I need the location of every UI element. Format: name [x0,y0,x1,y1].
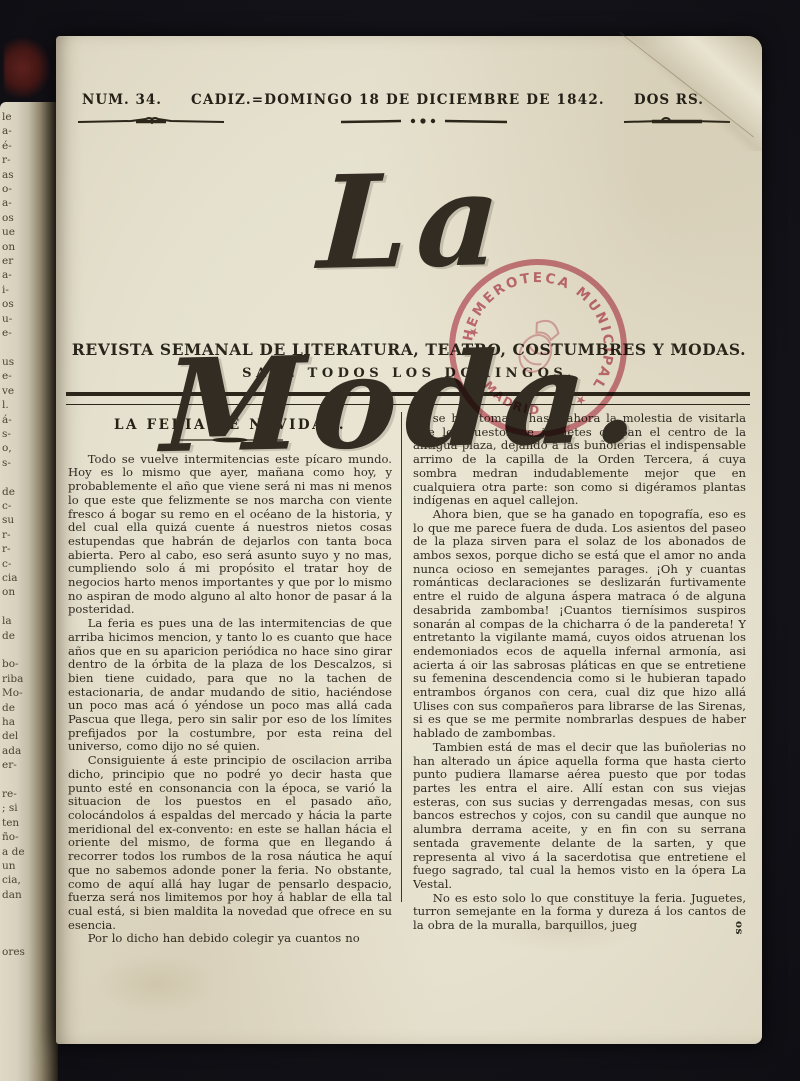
gutter-fragment: de [2,629,26,643]
gutter-fragment [2,341,26,355]
stamp-star-icon: ★ [573,391,589,408]
gutter-fragment: er- [2,758,26,772]
right-column: se han tomado hasta ahora la molestia de… [402,412,746,946]
gutter-fragment: er [2,254,26,268]
gutter-fragment: os [2,211,26,225]
gutter-fragment: e- [2,326,26,340]
article-paragraph: Ahora bien, que se ha ganado en topograf… [413,508,746,741]
gutter-fragment: su [2,513,26,527]
gutter-fragment: un [2,859,26,873]
gutter-fragment: o, [2,441,26,455]
gutter-fragment: on [2,240,26,254]
gutter-fragment: r- [2,528,26,542]
gutter-fragment: é- [2,139,26,153]
article-paragraph: Tambien está de mas el decir que las buñ… [413,741,746,892]
gutter-fragment: dan [2,888,26,902]
gutter-fragment: r- [2,153,26,167]
gutter-fragment: Mo- [2,686,26,700]
article-paragraph: Por lo dicho han debido colegir ya cuant… [68,932,392,946]
gutter-fragment: i- [2,283,26,297]
gutter-fragment: cia [2,571,26,585]
gutter-fragment: ; si [2,801,26,815]
gutter-fragment [2,917,26,931]
gutter-fragment: del [2,729,26,743]
newspaper-page: NUM. 34. CADIZ.=DOMINGO 18 DE DICIEMBRE … [56,36,762,1044]
price: DOS RS. [634,92,704,108]
rotated-word-ending: os [733,921,745,935]
dateline: CADIZ.=DOMINGO 18 DE DICIEMBRE DE 1842. [162,92,634,108]
gutter-fragment: ten [2,816,26,830]
gutter-fragment: a- [2,196,26,210]
gutter-fragment: ores [2,945,26,959]
gutter-fragment: s- [2,456,26,470]
gutter-fragment: le [2,110,26,124]
gutter-fragment [2,643,26,657]
gutter-fragment: on [2,585,26,599]
gutter-fragment: ha [2,715,26,729]
gutter-fragment: a- [2,124,26,138]
page-header: NUM. 34. CADIZ.=DOMINGO 18 DE DICIEMBRE … [82,92,704,108]
article-paragraph: Consiguiente á este principio de oscilac… [68,754,392,932]
issue-number: NUM. 34. [82,92,162,108]
gutter-fragment: ve [2,384,26,398]
swash-ornament-center-icon [339,114,509,128]
gutter-fragment: de [2,701,26,715]
gutter-fragment: re- [2,787,26,801]
gutter-fragment [2,773,26,787]
article-paragraph: La feria es pues una de las intermitenci… [68,617,392,754]
gutter-fragment: us [2,355,26,369]
gutter-fragment: de [2,485,26,499]
gutter-fragment [2,600,26,614]
gutter-fragment: la [2,614,26,628]
gutter-fragment [2,470,26,484]
gutter-fragment: ada [2,744,26,758]
masthead: La Moda. HEMEROTECA MUNICIPAL MADRID ★ ★ [56,136,762,334]
gutter-fragment: l. [2,398,26,412]
gutter-fragment: a de [2,845,26,859]
gutter-fragment: os [2,297,26,311]
gutter-fragment: riba [2,672,26,686]
gutter-fragment: á- [2,413,26,427]
gutter-fragment [2,902,26,916]
gutter-fragment: e- [2,369,26,383]
paper-stain [96,954,216,1014]
gutter-fragment: cia, [2,873,26,887]
gutter-fragment [2,931,26,945]
swash-ornament-left-icon [76,114,226,128]
left-column-text: Todo se vuelve intermitencias este pícar… [68,453,392,946]
gutter-fragment: ño- [2,830,26,844]
gutter-fragment: o- [2,182,26,196]
gutter-fragment: bo- [2,657,26,671]
gutter-fragment: a- [2,268,26,282]
gutter-fragment: u- [2,312,26,326]
gutter-fragment: s- [2,427,26,441]
gutter-fragment: r- [2,542,26,556]
binding-thread-tuft [4,38,50,98]
gutter-fragment: as [2,168,26,182]
gutter-fragment: ue [2,225,26,239]
paper-stain [482,904,642,954]
gutter-fragment: c- [2,499,26,513]
gutter-text-fragments: lea-é-r-aso-a-osueonera-i-osu-e-use-vel.… [2,110,26,960]
gutter-fragment: c- [2,557,26,571]
stamp-crest-icon [514,315,565,377]
facing-page-edge: lea-é-r-aso-a-osueonera-i-osu-e-use-vel.… [0,102,58,1081]
